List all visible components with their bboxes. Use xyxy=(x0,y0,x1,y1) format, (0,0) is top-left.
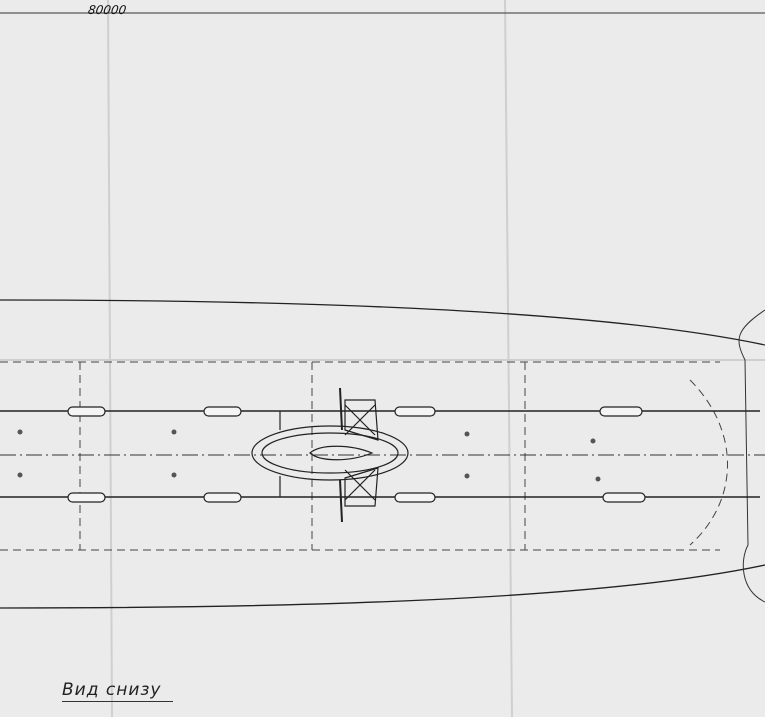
airship-bottom-view xyxy=(0,0,765,717)
fold-lines xyxy=(0,0,765,717)
hull-upper-edge xyxy=(0,300,765,345)
tail-arc xyxy=(739,310,765,602)
view-caption: Вид снизу xyxy=(62,680,173,702)
gondola xyxy=(252,411,408,497)
dimension-label: 80000 xyxy=(87,3,127,17)
hull-lower-edge xyxy=(0,565,765,608)
drawing-sheet: 80000 Вид снизу xyxy=(0,0,765,717)
